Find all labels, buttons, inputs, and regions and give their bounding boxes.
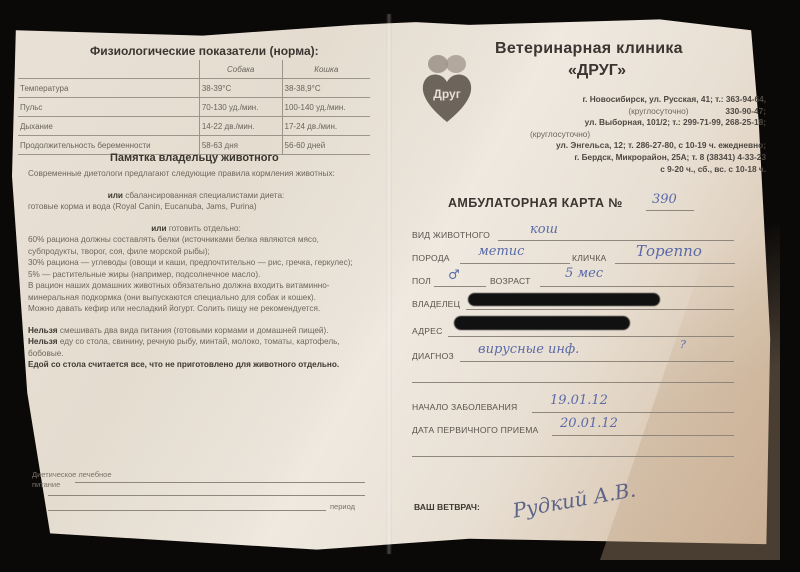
diet-label: Диетическое лечебное питание: [32, 470, 132, 490]
onset-line: [532, 412, 734, 413]
age-value: 5 мес: [565, 266, 603, 281]
memo-rule: 30% рациона — углеводы (овощи и каши, пр…: [28, 257, 364, 269]
table-cell: 70-130 уд./мин.: [199, 98, 282, 117]
breed-line: [460, 263, 570, 264]
age-label: ВОЗРАСТ: [490, 276, 531, 286]
table-cell: 56-60 дней: [282, 136, 370, 155]
table-cell: Температура: [18, 79, 199, 98]
diet-line: [48, 510, 326, 511]
vet-label: ВАШ ВЕТВРАЧ:: [414, 502, 480, 512]
forbidden-keyword: Нельзя: [28, 326, 58, 335]
option-text: сбалансированная специалистами диета:: [125, 191, 284, 200]
forbidden-text: еду со стола, свинину, речную рыбу, минт…: [28, 337, 340, 358]
table-cell: 100-140 уд./мин.: [282, 98, 370, 117]
sex-line: [434, 286, 486, 287]
table-cell: 38-39°C: [199, 79, 282, 98]
table-cell: 17-24 дв./мин.: [282, 117, 370, 136]
memo-rule: В рацион наших домашних животных обязате…: [28, 280, 364, 303]
norms-header-cat: Кошка: [282, 60, 370, 79]
card-number-line: [646, 210, 694, 211]
blank-line: [412, 456, 734, 457]
card-title: АМБУЛАТОРНАЯ КАРТА №: [448, 196, 623, 210]
svg-text:Друг: Друг: [433, 87, 460, 101]
species-line: [498, 240, 734, 241]
name-line: [615, 263, 735, 264]
address-line: ул. Энгельса, 12; т. 286-27-80, с 10-19 …: [500, 140, 766, 152]
address-hours: (круглосуточно): [530, 129, 590, 139]
sex-value: ♂: [448, 268, 460, 283]
address-line: [448, 336, 734, 337]
first-visit-line: [552, 435, 734, 436]
memo-rule: 60% рациона должны составлять белки (ист…: [28, 234, 364, 257]
memo-body: Современные диетологи предлагают следующ…: [28, 168, 364, 371]
address-hours: (круглосуточно): [628, 106, 688, 116]
diagnosis-value: вирусные инф.: [478, 342, 579, 357]
paper-fold: [386, 14, 392, 554]
sex-label: ПОЛ: [412, 276, 431, 286]
address-line: ул. Выборная, 101/2; т.: 299-71-99, 268-…: [500, 117, 766, 129]
breed-value: метис: [478, 244, 524, 259]
table-cell: Пульс: [18, 98, 199, 117]
address-line: г. Бердск, Микрорайон, 25А; т. 8 (38341)…: [500, 152, 766, 164]
table-row: Пульс 70-130 уд./мин. 100-140 уд./мин.: [18, 98, 370, 117]
owner-redaction: [468, 293, 660, 306]
forbidden-text: считается все, что не приготовлено для ж…: [88, 360, 339, 369]
name-value: Тореппо: [636, 242, 702, 260]
owner-line: [466, 309, 734, 310]
memo-forbidden: Нельзя еду со стола, свинину, речную рыб…: [28, 336, 364, 359]
species-value: кош: [530, 222, 558, 237]
clinic-type: Ветеринарная клиника: [495, 40, 683, 58]
clinic-name: «ДРУГ»: [568, 62, 626, 80]
diet-line: [48, 495, 365, 496]
address-label: АДРЕС: [412, 326, 443, 336]
memo-rule: 5% — растительные жиры (например, подсол…: [28, 269, 364, 281]
diagnosis-label: ДИАГНОЗ: [412, 351, 454, 361]
forbidden-keyword: Нельзя: [28, 337, 58, 346]
table-row: Температура 38-39°C 38-38,9°C: [18, 79, 370, 98]
age-line: [540, 286, 734, 287]
card-number: 390: [652, 192, 677, 207]
owner-label: ВЛАДЕЛЕЦ: [412, 299, 460, 309]
norms-header-dog: Собака: [199, 60, 282, 79]
diagnosis-note: ?: [680, 338, 686, 351]
address-line: (круглосуточно) 330-90-47;: [500, 106, 766, 118]
forbidden-keyword: Едой со стола: [28, 360, 86, 369]
address-redaction: [454, 316, 630, 330]
norms-table: Собака Кошка Температура 38-39°C 38-38,9…: [18, 60, 370, 155]
norms-title: Физиологические показатели (норма):: [90, 44, 319, 58]
address-phone: 330-90-47;: [725, 106, 766, 116]
table-row: Дыхание 14-22 дв./мин. 17-24 дв./мин.: [18, 117, 370, 136]
memo-rule: Можно давать кефир или несладкий йогурт.…: [28, 303, 364, 315]
clinic-addresses: г. Новосибирск, ул. Русская, 41; т.: 363…: [500, 94, 766, 175]
memo-option-1-detail: готовые корма и вода (Royal Canin, Eucan…: [28, 201, 364, 213]
onset-value: 19.01.12: [550, 393, 608, 408]
diet-line: [75, 482, 365, 483]
name-label: КЛИЧКА: [572, 253, 607, 263]
memo-option-2: или готовить отдельно:: [28, 223, 364, 235]
option-text: готовить отдельно:: [169, 224, 241, 233]
table-cell: 38-38,9°C: [282, 79, 370, 98]
breed-label: ПОРОДА: [412, 253, 450, 263]
first-visit-label: ДАТА ПЕРВИЧНОГО ПРИЕМА: [412, 425, 538, 435]
table-cell: 14-22 дв./мин.: [199, 117, 282, 136]
address-line: с 9-20 ч., сб., вс. с 10-18 ч.: [500, 164, 766, 176]
species-label: ВИД ЖИВОТНОГО: [412, 230, 490, 240]
address-line: (круглосуточно): [500, 129, 766, 141]
norms-header-param: [18, 60, 199, 79]
memo-option-1: или сбалансированная специалистами диета…: [28, 190, 364, 202]
period-label: период: [330, 502, 355, 511]
option-keyword: или: [151, 224, 166, 233]
table-cell: Дыхание: [18, 117, 199, 136]
diagnosis-line: [460, 361, 734, 362]
clinic-logo-icon: Друг: [416, 50, 478, 130]
memo-forbidden: Нельзя смешивать два вида питания (готов…: [28, 325, 364, 337]
onset-label: НАЧАЛО ЗАБОЛЕВАНИЯ: [412, 402, 517, 412]
memo-intro: Современные диетологи предлагают следующ…: [28, 168, 364, 180]
address-line: г. Новосибирск, ул. Русская, 41; т.: 363…: [500, 94, 766, 106]
norms-header-row: Собака Кошка: [18, 60, 370, 79]
memo-forbidden: Едой со стола считается все, что не приг…: [28, 359, 364, 371]
option-keyword: или: [108, 191, 123, 200]
diagnosis-line-2: [412, 382, 734, 383]
first-visit-value: 20.01.12: [560, 416, 618, 431]
forbidden-text: смешивать два вида питания (готовыми кор…: [60, 326, 329, 335]
memo-title: Памятка владельцу животного: [110, 152, 279, 164]
